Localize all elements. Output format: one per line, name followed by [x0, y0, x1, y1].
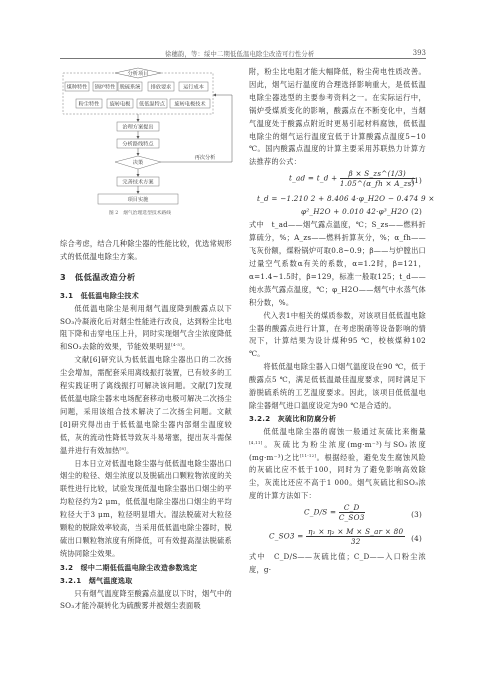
variable-definitions: 式中 t_ad——烟气露点温度，℃；S_zs——燃料折算硫分，%；A_zs——燃…: [249, 219, 426, 309]
svg-text:排放要求: 排放要求: [151, 83, 172, 91]
left-column: 综合考虑，结合几种除尘器的性能比较，优选常规形式的低低温电除尘方案。 3 低低温…: [60, 238, 232, 613]
intro-paragraph: 综合考虑，结合几种除尘器的性能比较，优选常规形式的低低温电除尘方案。: [60, 238, 232, 264]
paragraph: 低低温电除尘是利用烟气温度降到酸露点以下SO₃冷凝液化后对烟尘性能进行改良，达到…: [60, 303, 232, 355]
paragraph: 附，粉尘比电阻才能大幅降低，粉尘荷电性质改善。因此，烟气运行温度的合理选择影响重…: [249, 66, 426, 169]
equation-4: C_SO3 = η₁ × η₂ × M × S_ar × 8032 (4): [249, 527, 426, 551]
equation-3: C_D/S = C_DC_SO3 (3): [249, 503, 426, 527]
paragraph: 代入表1中相关的煤质参数，对该项目低低温电除尘器的酸露点进行计算，在考虑脱硝等设…: [249, 310, 426, 362]
paragraph: 文献[6]研究认为低低温电除尘器出口的二次扬尘会增加，需配套采用离线振打装置，已…: [60, 354, 232, 457]
svg-text:完善技术方案: 完善技术方案: [122, 178, 154, 186]
svg-text:旋转电极技术: 旋转电极技术: [174, 100, 206, 108]
svg-text:治理方案提出: 治理方案提出: [122, 123, 153, 131]
paragraph: 只有烟气温度降至酸露点温度以下时，烟气中的SO₃才能冷凝转化为硫酸雾并被烟尘表面…: [60, 588, 232, 614]
svg-text:再次分析: 再次分析: [195, 153, 216, 161]
svg-text:旋转电极: 旋转电极: [110, 100, 132, 108]
svg-text:项目实施: 项目实施: [128, 195, 150, 203]
right-column: 附，粉尘比电阻才能大幅降低，粉尘荷电性质改善。因此，烟气运行温度的合理选择影响重…: [249, 66, 426, 577]
section-3-2-heading: 3.2 绥中二期低低温电除尘改造参数选定: [60, 562, 232, 575]
svg-text:低低温特点: 低低温特点: [139, 100, 166, 108]
running-title: 徐穗韵，等：绥中二期低低温电除尘改造可行性分析: [165, 49, 314, 58]
svg-text:运行成本: 运行成本: [183, 83, 204, 91]
svg-text:分析路线特点: 分析路线特点: [122, 140, 154, 148]
paragraph: 将低低温电除尘器入口烟气温度设在90 ℃，低于酸露点5 ℃，满足低低温最佳温度要…: [249, 361, 426, 413]
paragraph: 日本日立对低温电除尘器与低低温电除尘器出口烟尘的粒径、烟尘浓度以及脱硫出口颗粒物…: [60, 458, 232, 561]
section-3-2-2-heading: 3.2.2 灰硫比和防腐分析: [249, 413, 426, 426]
section-3-heading: 3 低低温改造分析: [60, 271, 232, 284]
header-rule: [60, 58, 426, 59]
citation: [4-5]: [171, 342, 182, 347]
section-3-2-1-heading: 3.2.1 烟气温度选取: [60, 575, 232, 588]
paragraph: 低低温电除尘器的腐蚀一般通过灰硫比来衡量[4,11]。灰硫比为粉尘浓度(mg·m…: [249, 426, 426, 503]
svg-text:锅炉特性: 锅炉特性: [95, 83, 117, 91]
page-number: 393: [413, 49, 426, 57]
svg-text:脱硫系统: 脱硫系统: [120, 83, 142, 91]
variable-definitions: 式中 C_D/S——灰硫比值；C_D——入口粉尘浓度，g·: [249, 551, 426, 577]
equation-2-line-1: t_d = −1.210 2 + 8.406 4·φ_H2O − 0.474 9…: [249, 193, 426, 206]
svg-text:决策: 决策: [133, 158, 143, 166]
svg-text:粉尘特性: 粉尘特性: [79, 100, 101, 108]
flowchart-figure: 分析项目 煤种特性锅炉特性 脱硫系统排放要求 运行成本 粉尘特性旋转电极 低低温…: [60, 65, 240, 235]
citation: [8]: [120, 446, 126, 451]
svg-text:煤种特性: 煤种特性: [67, 83, 89, 91]
analysis-items-label: 分析项目: [128, 69, 149, 77]
equation-1: t_ad = t_d + β × S_zs^(1/3)1.05^(α_fh × …: [249, 169, 426, 193]
citation: [4,11]: [249, 440, 263, 445]
svg-text:图 2 烟气治理选型技术路线: 图 2 烟气治理选型技术路线: [109, 209, 171, 216]
section-3-1-heading: 3.1 低低温电除尘技术: [60, 290, 232, 303]
equation-2-line-2: φ²_H2O + 0.010 42·φ³_H2O (2): [249, 206, 426, 219]
citation: [11-12]: [300, 453, 316, 458]
